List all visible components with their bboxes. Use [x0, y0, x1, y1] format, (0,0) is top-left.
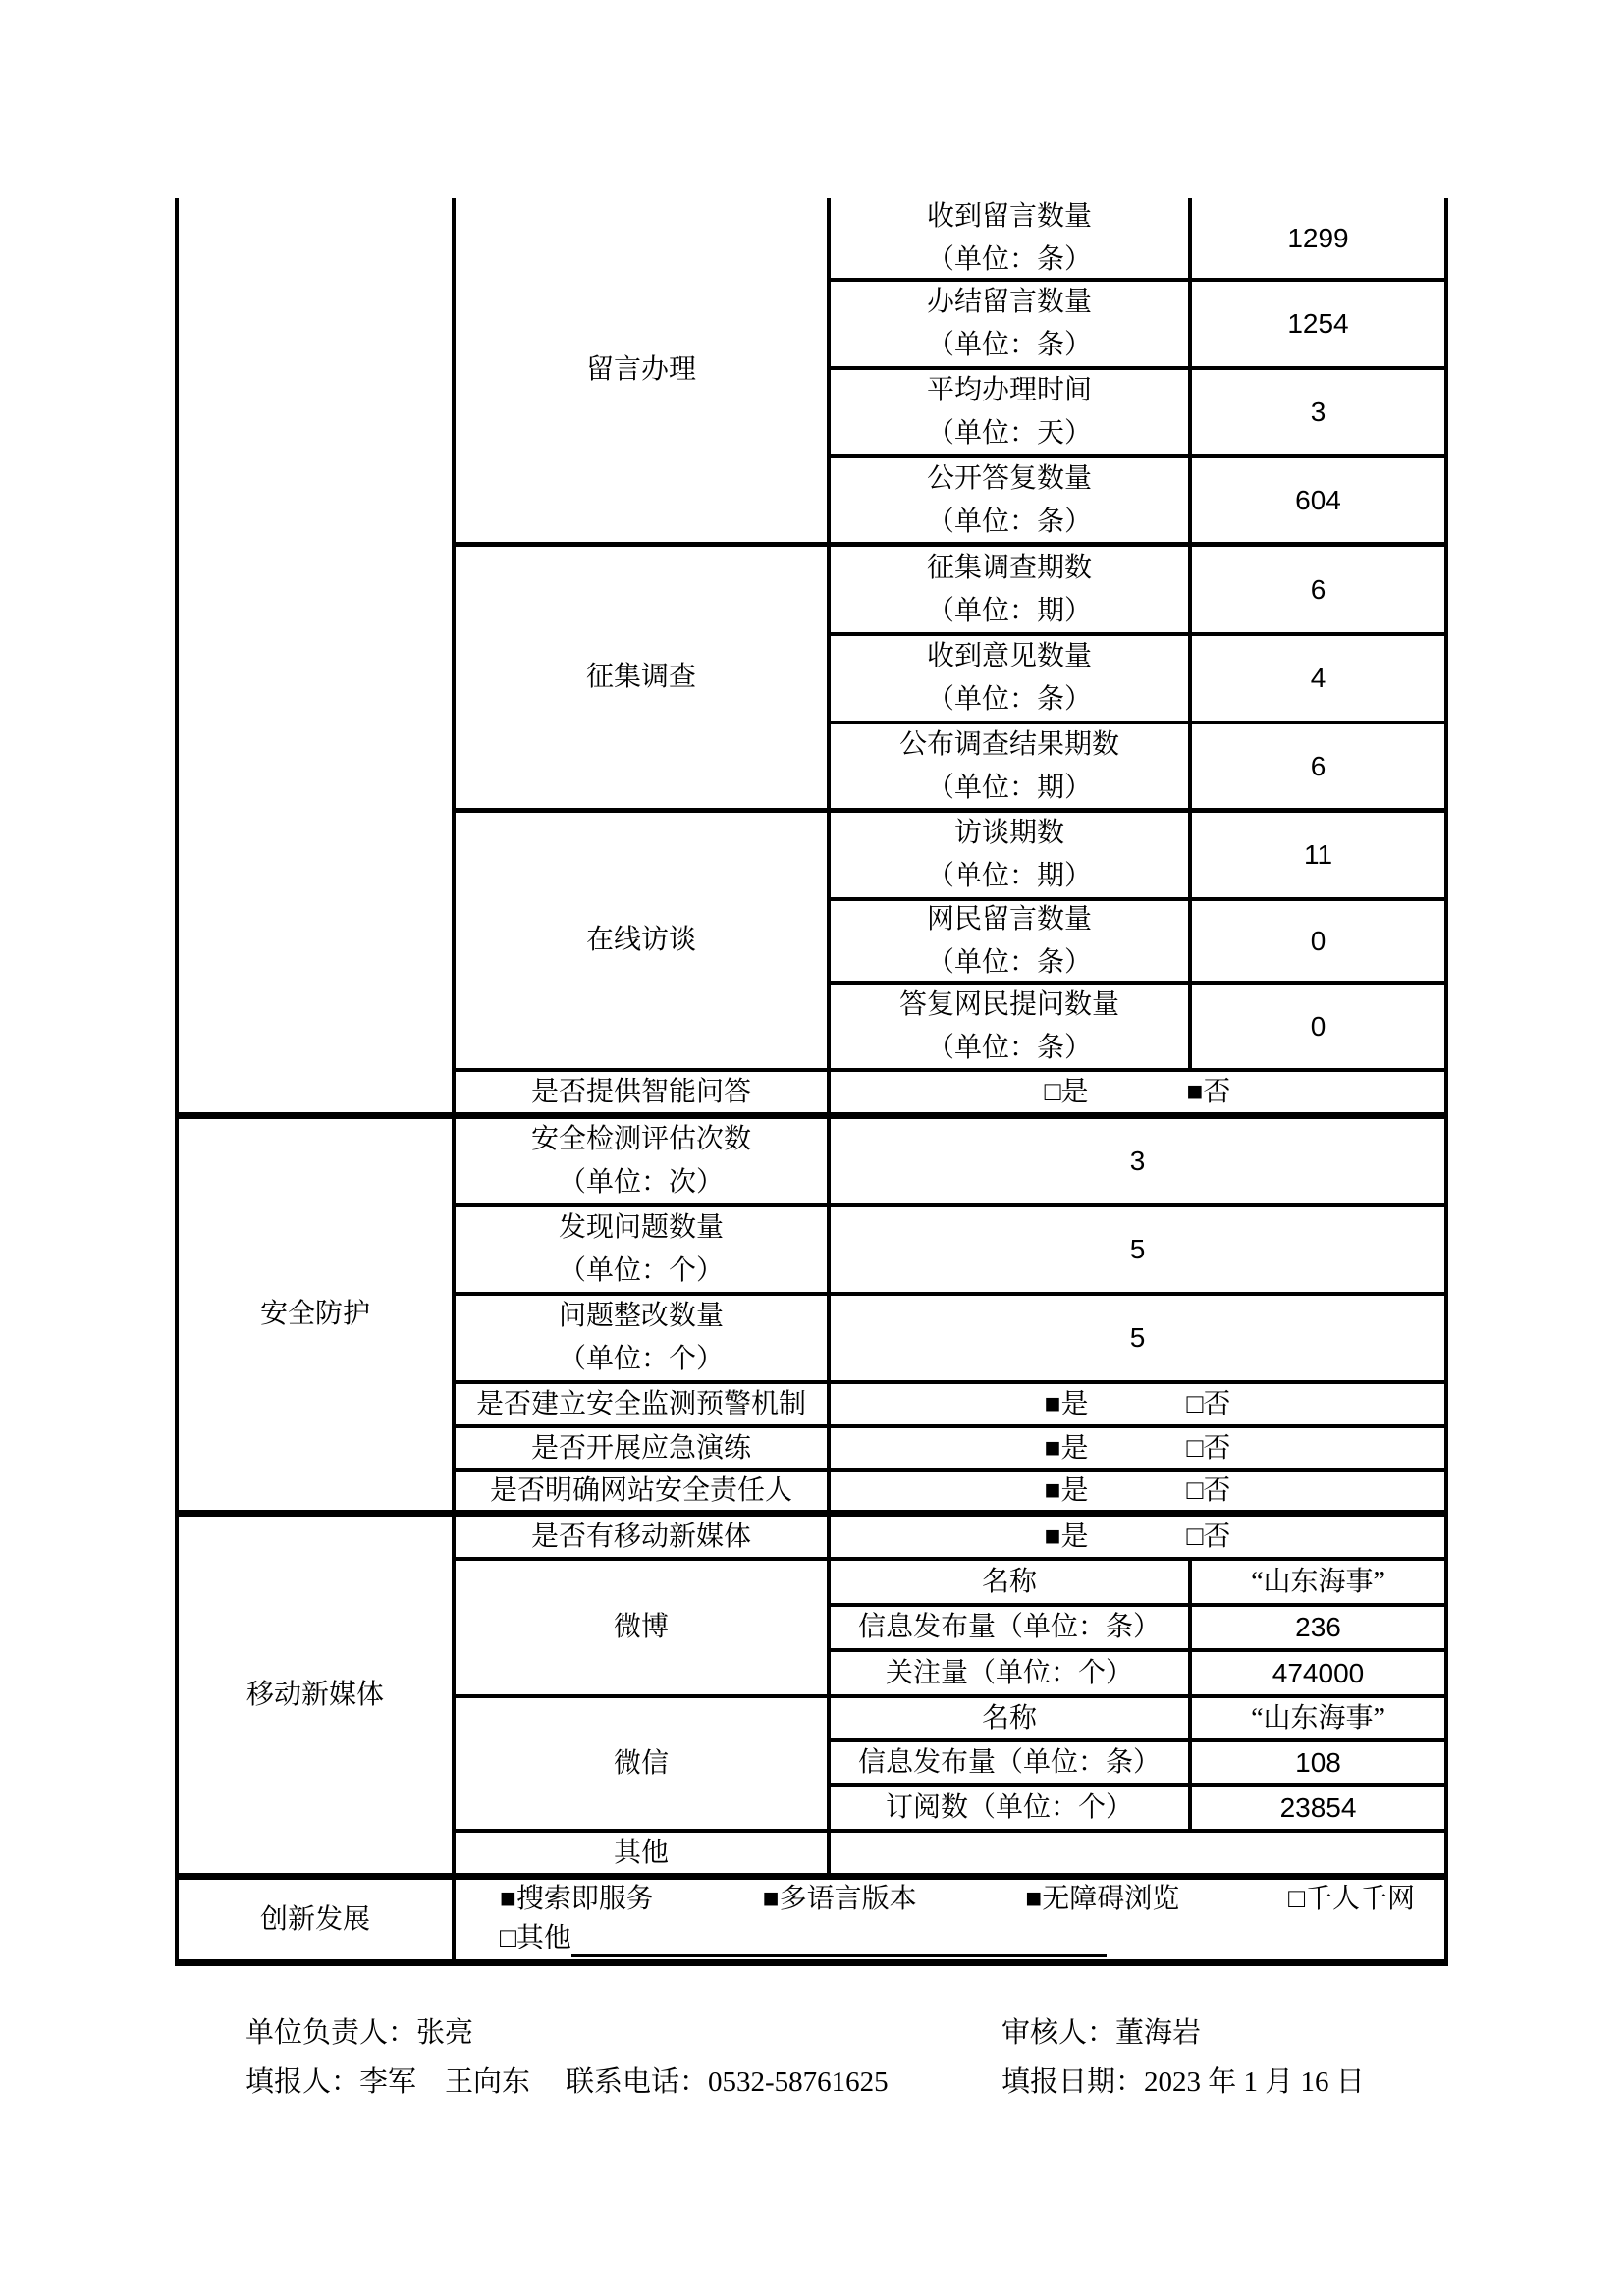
- value-public-replies: 604: [1192, 458, 1448, 547]
- label-emergency-drill: 是否开展应急演练: [456, 1428, 831, 1472]
- checkbox-no: □否: [1187, 1472, 1231, 1513]
- group-label: 征集调查: [586, 656, 696, 699]
- group-label: 留言办理: [586, 348, 696, 392]
- value-opinions-received: 4: [1192, 636, 1448, 724]
- label-smart-qa: 是否提供智能问答: [456, 1072, 831, 1119]
- label-wechat-name: 名称: [831, 1698, 1192, 1742]
- checkbox-yes: ■是: [1045, 1472, 1089, 1513]
- group-cell-interview: 在线访谈: [456, 813, 831, 1072]
- category-label: 移动新媒体: [246, 1674, 384, 1717]
- value-wechat-posts: 108: [1192, 1742, 1448, 1787]
- label-security-responsible: 是否明确网站安全责任人: [456, 1472, 831, 1517]
- innovation-options-cell: ■搜索即服务 ■多语言版本 ■无障碍浏览 □千人千网 □其他: [456, 1880, 1448, 1966]
- contact-phone: 联系电话：0532-58761625: [566, 2057, 889, 2107]
- group-cell-wechat: 微信: [456, 1698, 831, 1833]
- group-cell-message-handling: 留言办理: [456, 198, 831, 547]
- checkbox-yes: ■是: [1045, 1517, 1089, 1559]
- checkbox-no: □否: [1187, 1517, 1231, 1559]
- label-opinions-received: 收到意见数量（单位：条）: [831, 636, 1192, 724]
- answer-smart-qa: □是 ■否: [831, 1072, 1448, 1119]
- value-wechat-subscribers: 23854: [1192, 1787, 1448, 1833]
- label-wechat-subscribers: 订阅数（单位：个）: [831, 1787, 1192, 1833]
- label-public-replies: 公开答复数量（单位：条）: [831, 458, 1192, 547]
- value-weibo-followers: 474000: [1192, 1652, 1448, 1698]
- label-warning-mechanism: 是否建立安全监测预警机制: [456, 1384, 831, 1428]
- checkbox-yes: ■是: [1045, 1428, 1089, 1470]
- value-results-published: 6: [1192, 724, 1448, 813]
- checkbox-accessibility: ■无障碍浏览: [1025, 1880, 1179, 1920]
- filler-row: 填报人：李军 王向东 联系电话：0532-58761625: [245, 2057, 889, 2107]
- label-netizen-messages: 网民留言数量（单位：条）: [831, 901, 1192, 985]
- label-questions-answered: 答复网民提问数量（单位：条）: [831, 985, 1192, 1072]
- footer-right-column: 审核人：董海岩 填报日期：2023 年 1 月 16 日: [1001, 2008, 1365, 2107]
- checkbox-no: ■否: [1187, 1072, 1231, 1114]
- checkbox-personalized: □千人千网: [1288, 1880, 1415, 1920]
- label-security-checks: 安全检测评估次数（单位：次）: [456, 1119, 831, 1207]
- value-avg-handling-time: 3: [1192, 370, 1448, 458]
- blank-underline: [571, 1925, 1107, 1957]
- checkbox-search-service: ■搜索即服务: [500, 1880, 654, 1920]
- value-wechat-name: “山东海事”: [1192, 1698, 1448, 1742]
- label-completed-messages: 办结留言数量（单位：条）: [831, 282, 1192, 370]
- answer-emergency-drill: ■是 □否: [831, 1428, 1448, 1472]
- value-netizen-messages: 0: [1192, 901, 1448, 985]
- label-results-published: 公布调查结果期数（单位：期）: [831, 724, 1192, 813]
- checkbox-multilingual: ■多语言版本: [763, 1880, 917, 1920]
- report-date: 填报日期：2023 年 1 月 16 日: [1001, 2057, 1365, 2107]
- label-weibo-posts: 信息发布量（单位：条）: [831, 1607, 1192, 1652]
- answer-has-new-media: ■是 □否: [831, 1517, 1448, 1561]
- innovation-options-line: ■搜索即服务 ■多语言版本 ■无障碍浏览 □千人千网: [456, 1880, 1444, 1920]
- value-survey-issues: 6: [1192, 547, 1448, 636]
- group-cell-weibo: 微博: [456, 1561, 831, 1698]
- innovation-other-line: □其他: [456, 1920, 1444, 1961]
- value-interview-issues: 11: [1192, 813, 1448, 901]
- footer-left-column: 单位负责人：张亮 填报人：李军 王向东 联系电话：0532-58761625: [245, 2008, 889, 2107]
- checkbox-no: □否: [1187, 1384, 1231, 1426]
- label-has-new-media: 是否有移动新媒体: [456, 1517, 831, 1561]
- label-wechat-posts: 信息发布量（单位：条）: [831, 1742, 1192, 1787]
- checkbox-yes: ■是: [1045, 1384, 1089, 1426]
- unit-responsible-person: 单位负责人：张亮: [245, 2008, 889, 2057]
- category-label: 安全防护: [260, 1293, 370, 1336]
- group-cell-survey: 征集调查: [456, 547, 831, 813]
- label-interview-issues: 访谈期数（单位：期）: [831, 813, 1192, 901]
- checkbox-other: □其他: [500, 1920, 571, 1957]
- value-questions-answered: 0: [1192, 985, 1448, 1072]
- label-weibo-followers: 关注量（单位：个）: [831, 1652, 1192, 1698]
- label-survey-issues: 征集调查期数（单位：期）: [831, 547, 1192, 636]
- category-label: 创新发展: [260, 1898, 370, 1942]
- label-other-media: 其他: [456, 1833, 831, 1880]
- value-weibo-name: “山东海事”: [1192, 1561, 1448, 1607]
- annual-report-table: 安全防护 移动新媒体 创新发展 留言办理 征集调查 在线访谈 是否提供智能问答 …: [175, 198, 1448, 1966]
- answer-security-responsible: ■是 □否: [831, 1472, 1448, 1517]
- reviewer: 审核人：董海岩: [1001, 2008, 1365, 2057]
- category-cell-mobile-media: 移动新媒体: [175, 1517, 456, 1880]
- label-problems-found: 发现问题数量（单位：个）: [456, 1207, 831, 1296]
- value-other-media-empty: [831, 1833, 1448, 1880]
- category-cell-innovation: 创新发展: [175, 1880, 456, 1966]
- value-completed-messages: 1254: [1192, 282, 1448, 370]
- category-cell-security: 安全防护: [175, 1119, 456, 1517]
- label-problems-fixed: 问题整改数量（单位：个）: [456, 1296, 831, 1384]
- report-page: 安全防护 移动新媒体 创新发展 留言办理 征集调查 在线访谈 是否提供智能问答 …: [0, 0, 1624, 2296]
- value-problems-fixed: 5: [831, 1296, 1448, 1384]
- checkbox-no: □否: [1187, 1428, 1231, 1470]
- value-problems-found: 5: [831, 1207, 1448, 1296]
- answer-warning-mechanism: ■是 □否: [831, 1384, 1448, 1428]
- checkbox-yes: □是: [1045, 1072, 1089, 1114]
- group-label: 在线访谈: [586, 919, 696, 962]
- group-label: 微博: [614, 1606, 669, 1649]
- label-avg-handling-time: 平均办理时间（单位：天）: [831, 370, 1192, 458]
- category-cell-blank-continuation: [175, 198, 456, 1119]
- label-received-messages: 收到留言数量（单位：条）: [831, 198, 1192, 282]
- value-security-checks: 3: [831, 1119, 1448, 1207]
- form-filler: 填报人：李军 王向东: [245, 2057, 530, 2107]
- value-received-messages: 1299: [1192, 198, 1448, 282]
- label-weibo-name: 名称: [831, 1561, 1192, 1607]
- value-weibo-posts: 236: [1192, 1607, 1448, 1652]
- group-label: 微信: [614, 1742, 669, 1786]
